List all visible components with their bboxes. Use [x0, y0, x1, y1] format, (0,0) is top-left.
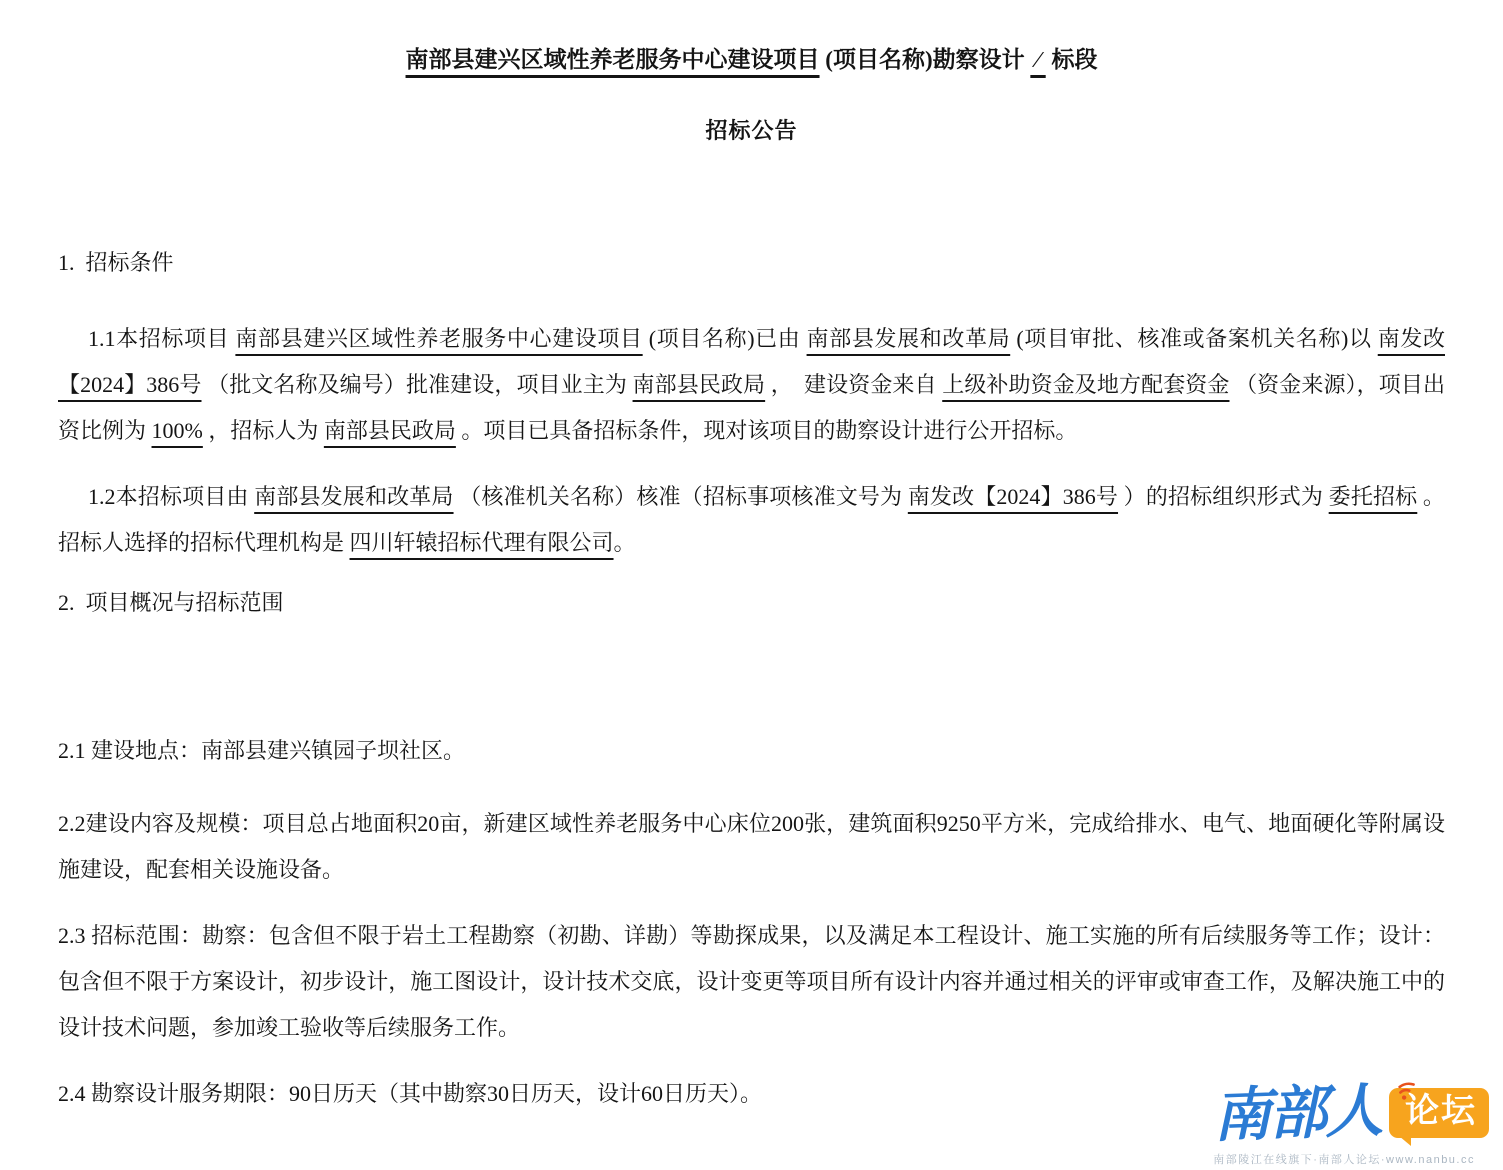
para-2-2: 2.2建设内容及规模：项目总占地面积20亩，新建区域性养老服务中心床位200张，…	[58, 801, 1445, 893]
logo-name-text: 南部人	[1212, 1081, 1382, 1145]
section-2-heading: 2. 项目概况与招标范围	[58, 588, 1445, 618]
forum-badge: 论坛	[1389, 1088, 1489, 1138]
document-subtitle: 招标公告	[58, 116, 1445, 146]
para-2-1: 2.1 建设地点：南部县建兴镇园子坝社区。	[58, 728, 1445, 774]
para-2-3: 2.3 招标范围：勘察：包含但不限于岩土工程勘察（初勘、详勘）等勘探成果，以及满…	[58, 913, 1445, 1051]
para-1-1: 1.1本招标项目 南部县建兴区域性养老服务中心建设项目 (项目名称)已由 南部县…	[58, 316, 1445, 454]
logo-tagline: 南部陵江在线旗下·南部人论坛·www.nanbu.cc	[1189, 1151, 1489, 1167]
para-1-2: 1.2本招标项目由 南部县发展和改革局 （核准机关名称）核准（招标事项核准文号为…	[58, 474, 1445, 566]
document-page: 南部县建兴区域性养老服务中心建设项目 (项目名称)勘察设计 ∕ 标段 招标公告 …	[0, 0, 1503, 1117]
site-logo: 南部人 论坛 南部陵江在线旗下·南部人论坛·www.nanbu.cc	[1189, 1078, 1489, 1164]
document-title: 南部县建兴区域性养老服务中心建设项目 (项目名称)勘察设计 ∕ 标段	[58, 44, 1445, 76]
section-1-heading: 1. 招标条件	[58, 248, 1445, 278]
